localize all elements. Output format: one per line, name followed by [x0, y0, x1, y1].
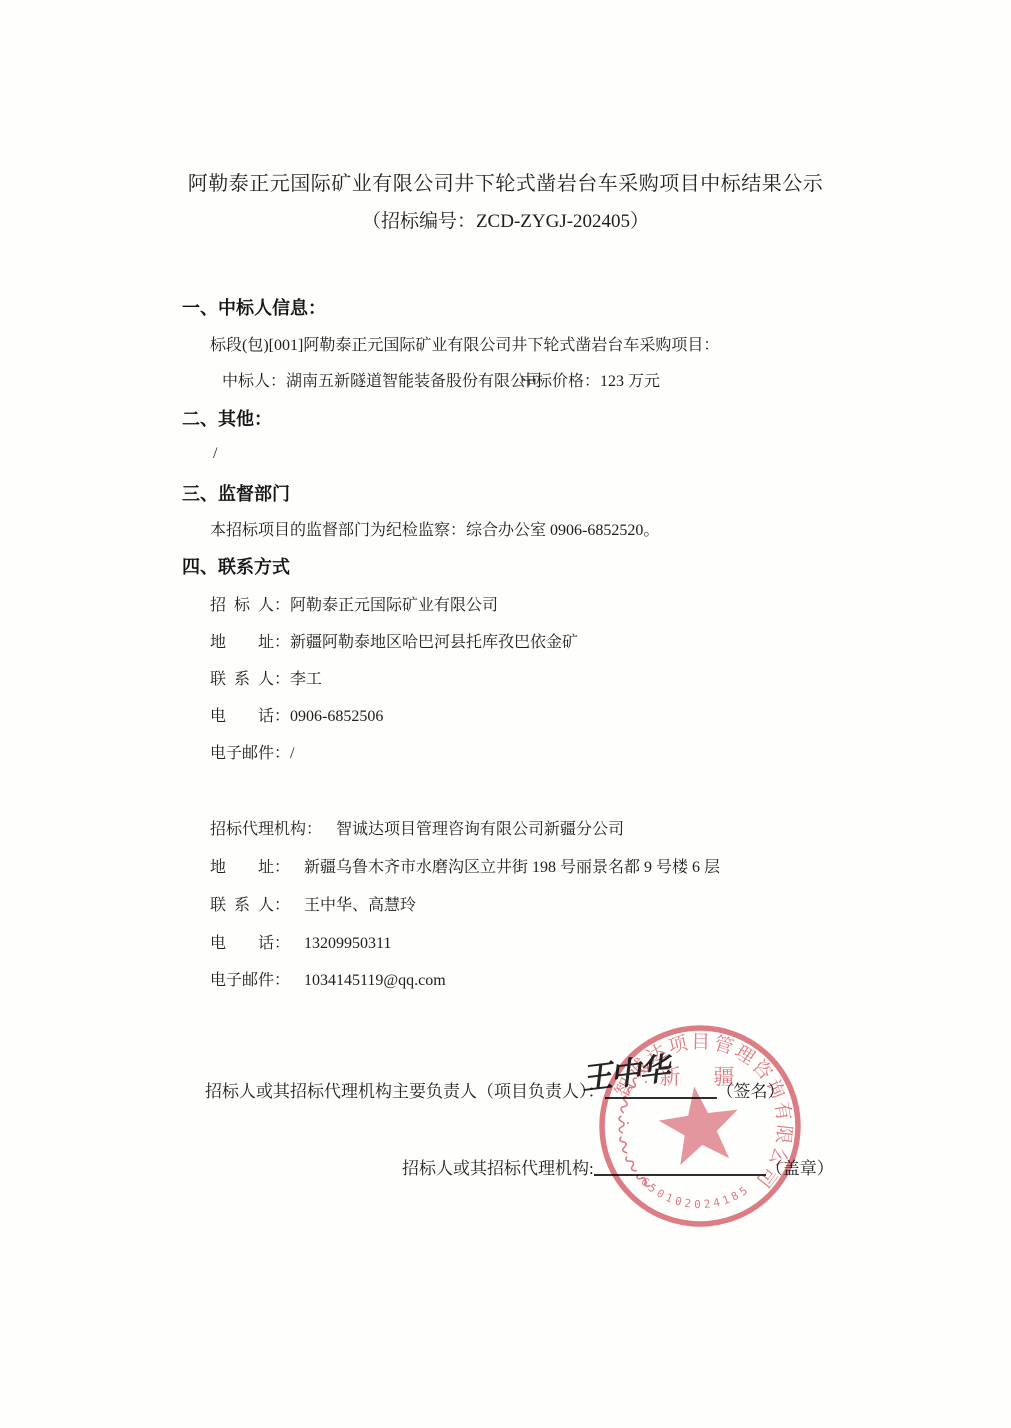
- agency-phone-row: 电 话：13209950311: [210, 934, 391, 954]
- section1-heading: 一、中标人信息：: [182, 297, 326, 320]
- agency-name-value: 智诚达项目管理咨询有限公司新疆分公司: [336, 821, 624, 838]
- section2-heading: 二、其他：: [182, 408, 272, 431]
- tenderer-name-value: 阿勒泰正元国际矿业有限公司: [290, 597, 498, 614]
- agency-contact-value: 王中华、高慧玲: [304, 897, 416, 914]
- tenderer-email-row: 电子邮件：/: [210, 744, 294, 764]
- tenderer-email-value: /: [290, 745, 294, 762]
- agency-contact-label: 联 系 人：: [210, 897, 290, 914]
- stamp-center-text: 新 疆: [660, 1066, 741, 1089]
- price-label: 中标价格：: [520, 373, 600, 390]
- svg-text:650102024185: 650102024185: [638, 1175, 753, 1211]
- tenderer-address-label: 地 址：: [210, 634, 290, 651]
- tenderer-contact-row: 联 系 人：李工: [210, 670, 322, 690]
- section3-heading: 三、监督部门: [182, 483, 290, 506]
- price-line: 中标价格：123 万元: [520, 372, 660, 392]
- agency-email-value: 1034145119@qq.com: [304, 972, 446, 989]
- tenderer-contact-value: 李工: [290, 671, 322, 688]
- tenderer-name-row: 招 标 人：阿勒泰正元国际矿业有限公司: [210, 596, 498, 616]
- tenderer-contact-label: 联 系 人：: [210, 671, 290, 688]
- lot-line: 标段(包)[001]阿勒泰正元国际矿业有限公司井下轮式凿岩台车采购项目：: [210, 336, 719, 356]
- document-title: 阿勒泰正元国际矿业有限公司井下轮式凿岩台车采购项目中标结果公示: [0, 172, 1011, 197]
- agency-address-value: 新疆乌鲁木齐市水磨沟区立井街 198 号丽景名都 9 号楼 6 层: [304, 859, 720, 876]
- agency-contact-row: 联 系 人：王中华、高慧玲: [210, 896, 416, 916]
- seal-line-label: 招标人或其招标代理机构:: [402, 1159, 594, 1178]
- tenderer-phone-label: 电 话：: [210, 708, 290, 725]
- winner-label: 中标人：: [222, 373, 286, 390]
- winner-line: 中标人：湖南五新隧道智能装备股份有限公司: [222, 372, 542, 392]
- stamp-star-icon: [655, 1081, 745, 1167]
- tenderer-address-row: 地 址：新疆阿勒泰地区哈巴河县托库孜巴依金矿: [210, 633, 578, 653]
- agency-phone-value: 13209950311: [304, 935, 391, 952]
- agency-address-label: 地 址：: [210, 859, 290, 876]
- tenderer-phone-row: 电 话：0906-6852506: [210, 707, 383, 727]
- agency-phone-label: 电 话：: [210, 935, 290, 952]
- stamp-serial-number: 650102024185: [638, 1175, 753, 1211]
- price-value: 123 万元: [600, 373, 660, 390]
- tenderer-name-label: 招 标 人：: [210, 597, 290, 614]
- agency-name-label: 招标代理机构：: [210, 821, 322, 838]
- section2-content: /: [213, 444, 217, 464]
- supervision-line: 本招标项目的监督部门为纪检监察：综合办公室 0906-6852520。: [210, 521, 659, 541]
- section4-heading: 四、联系方式: [182, 556, 290, 579]
- tender-number-subtitle: （招标编号：ZCD-ZYGJ-202405）: [0, 210, 1011, 234]
- signature-line-label: 招标人或其招标代理机构主要负责人（项目负责人）：: [205, 1082, 605, 1101]
- tenderer-email-label: 电子邮件：: [210, 745, 290, 762]
- tenderer-address-value: 新疆阿勒泰地区哈巴河县托库孜巴依金矿: [290, 634, 578, 651]
- agency-name-row: 招标代理机构：智诚达项目管理咨询有限公司新疆分公司: [210, 820, 624, 840]
- announcement-page: 阿勒泰正元国际矿业有限公司井下轮式凿岩台车采购项目中标结果公示 （招标编号：ZC…: [0, 0, 1011, 1428]
- agency-email-label: 电子邮件：: [210, 972, 290, 989]
- winner-name: 湖南五新隧道智能装备股份有限公司: [286, 373, 542, 390]
- agency-email-row: 电子邮件：1034145119@qq.com: [210, 971, 446, 991]
- agency-address-row: 地 址：新疆乌鲁木齐市水磨沟区立井街 198 号丽景名都 9 号楼 6 层: [210, 858, 720, 878]
- tenderer-phone-value: 0906-6852506: [290, 708, 383, 725]
